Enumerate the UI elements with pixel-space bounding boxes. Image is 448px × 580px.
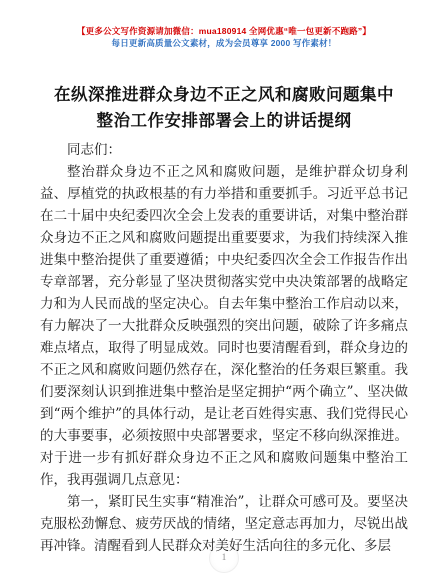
paragraph: 整治群众身边不正之风和腐败问题，是维护群众切身利益、厚植党的执政根基的有力举措和… — [40, 161, 408, 491]
page-footer: 1 — [0, 545, 448, 564]
page-number: 1 — [222, 552, 227, 562]
salutation: 同志们： — [40, 139, 408, 161]
document-title-line-2: 整治工作安排部署会上的讲话提纲 — [0, 108, 448, 134]
ad-banner: 【更多公文写作资源请加微信：mua180914 全网优惠“唯一包更新不跑路”】 … — [0, 0, 448, 49]
ad-banner-line-1: 【更多公文写作资源请加微信：mua180914 全网优惠“唯一包更新不跑路”】 — [0, 25, 448, 37]
ad-banner-line-2: 每日更新高质量公文素材，成为会员尊享 2000 写作素材！ — [0, 37, 448, 49]
document-page: 【更多公文写作资源请加微信：mua180914 全网优惠“唯一包更新不跑路”】 … — [0, 0, 448, 580]
document-body: 同志们： 整治群众身边不正之风和腐败问题，是维护群众切身利益、厚植党的执政根基的… — [0, 139, 448, 557]
document-title: 在纵深推进群众身边不正之风和腐败问题集中 整治工作安排部署会上的讲话提纲 — [0, 82, 448, 134]
document-title-line-1: 在纵深推进群众身边不正之风和腐败问题集中 — [0, 82, 448, 108]
